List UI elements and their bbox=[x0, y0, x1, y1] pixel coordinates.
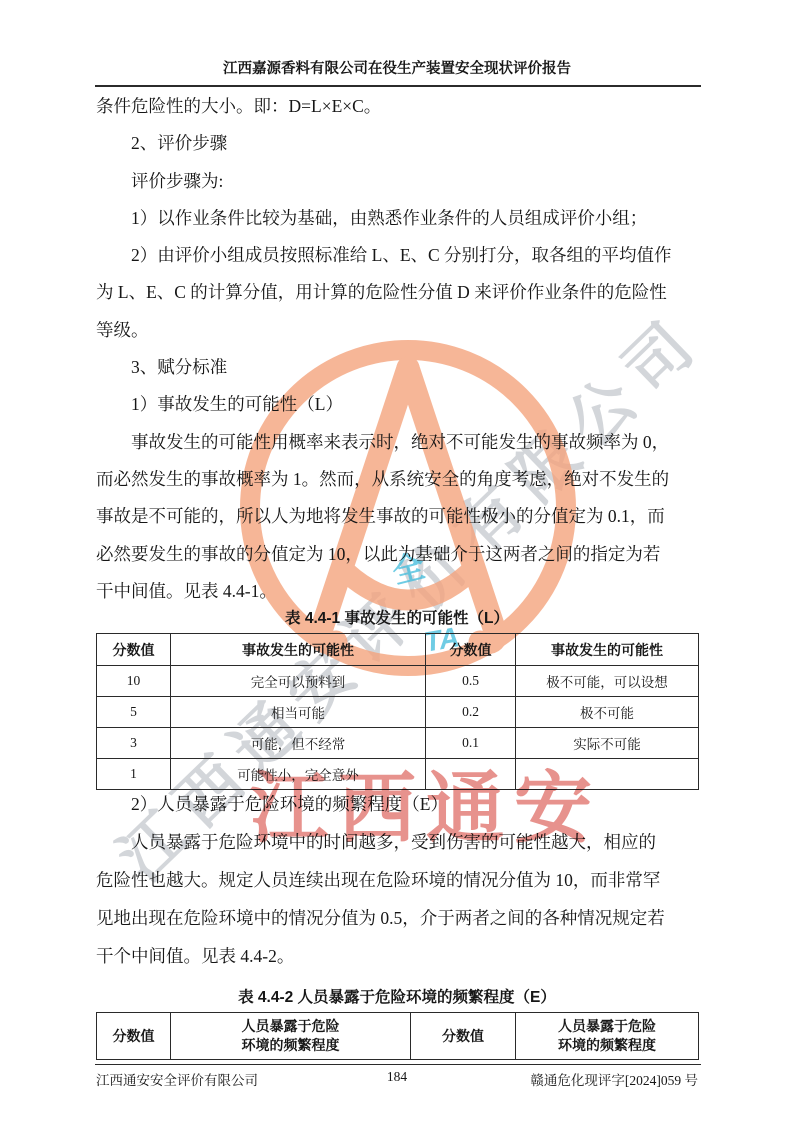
footer-rule bbox=[95, 1064, 701, 1065]
body-text-line: 2）由评价小组成员按照标准给 L、E、C 分别打分，取各组的平均值作 bbox=[96, 237, 702, 274]
page-header-title: 江西嘉源香料有限公司在役生产装置安全现状评价报告 bbox=[0, 57, 794, 78]
table-header-cell: 分数值 bbox=[411, 1013, 516, 1060]
body-text-line: 为 L、E、C 的计算分值，用计算的危险性分值 D 来评价作业条件的危险性 bbox=[96, 274, 702, 311]
table-cell: 相当可能 bbox=[171, 697, 426, 728]
table-cell: 0.2 bbox=[426, 697, 516, 728]
table-header-cell: 人员暴露于危险 环境的频繁程度 bbox=[171, 1013, 411, 1060]
body-text-block-2: 2）人员暴露于危险环境的频繁程度（E）人员暴露于危险环境中的时间越多，受到伤害的… bbox=[96, 785, 702, 975]
body-text-line: 1）事故发生的可能性（L） bbox=[96, 386, 702, 423]
table-cell: 0.5 bbox=[426, 666, 516, 697]
table-cell: 5 bbox=[97, 697, 171, 728]
body-text-block-1: 条件危险性的大小。即：D=L×E×C。2、评价步骤评价步骤为:1）以作业条件比较… bbox=[96, 88, 702, 610]
table-cell: 0.1 bbox=[426, 728, 516, 759]
body-text-line: 人员暴露于危险环境中的时间越多，受到伤害的可能性越大，相应的 bbox=[96, 823, 702, 861]
table-header-cell: 分数值 bbox=[426, 634, 516, 666]
table-header-cell: 事故发生的可能性 bbox=[516, 634, 699, 666]
body-text-line: 等级。 bbox=[96, 312, 702, 349]
table-row: 10完全可以预料到0.5极不可能，可以设想 bbox=[97, 666, 699, 697]
table-row: 5相当可能0.2极不可能 bbox=[97, 697, 699, 728]
table-cell: 实际不可能 bbox=[516, 728, 699, 759]
table1-body: 10完全可以预料到0.5极不可能，可以设想5相当可能0.2极不可能3可能，但不经… bbox=[97, 666, 699, 790]
table-header-cell: 事故发生的可能性 bbox=[171, 634, 426, 666]
header-rule bbox=[95, 85, 701, 87]
body-text-line: 事故是不可能的，所以人为地将发生事故的可能性极小的分值定为 0.1，而 bbox=[96, 498, 702, 535]
table1-header: 分数值事故发生的可能性分数值事故发生的可能性 bbox=[97, 634, 699, 666]
table1-title: 表 4.4-1 事故发生的可能性（L） bbox=[0, 606, 794, 628]
table-cell: 3 bbox=[97, 728, 171, 759]
body-text-line: 条件危险性的大小。即：D=L×E×C。 bbox=[96, 88, 702, 125]
accident-likelihood-table: 分数值事故发生的可能性分数值事故发生的可能性 10完全可以预料到0.5极不可能，… bbox=[96, 633, 699, 790]
body-text-line: 3、赋分标准 bbox=[96, 349, 702, 386]
table2-header: 分数值人员暴露于危险 环境的频繁程度分数值人员暴露于危险 环境的频繁程度 bbox=[97, 1013, 699, 1060]
table-header-cell: 分数值 bbox=[97, 1013, 171, 1060]
body-text-line: 危险性也越大。规定人员连续出现在危险环境的情况分值为 10，而非常罕 bbox=[96, 861, 702, 899]
body-text-line: 2）人员暴露于危险环境的频繁程度（E） bbox=[96, 785, 702, 823]
table-header-cell: 分数值 bbox=[97, 634, 171, 666]
body-text-line: 1）以作业条件比较为基础，由熟悉作业条件的人员组成评价小组； bbox=[96, 200, 702, 237]
body-text-line: 2、评价步骤 bbox=[96, 125, 702, 162]
table-row: 3可能，但不经常0.1实际不可能 bbox=[97, 728, 699, 759]
body-text-line: 事故发生的可能性用概率来表示时，绝对不可能发生的事故频率为 0， bbox=[96, 424, 702, 461]
table-cell: 10 bbox=[97, 666, 171, 697]
body-text-line: 而必然发生的事故概率为 1。然而，从系统安全的角度考虑，绝对不发生的 bbox=[96, 461, 702, 498]
table-header-row: 分数值人员暴露于危险 环境的频繁程度分数值人员暴露于危险 环境的频繁程度 bbox=[97, 1013, 699, 1060]
body-text-line: 干个中间值。见表 4.4-2。 bbox=[96, 937, 702, 975]
table-cell: 极不可能，可以设想 bbox=[516, 666, 699, 697]
table-header-cell: 人员暴露于危险 环境的频繁程度 bbox=[516, 1013, 699, 1060]
report-page: 江西通安评价有限公司 全 TA 江西通安 江西嘉源香料有限公司在役生产装置安全现… bbox=[0, 0, 794, 1123]
body-text-line: 干中间值。见表 4.4-1。 bbox=[96, 573, 702, 610]
table1: 分数值事故发生的可能性分数值事故发生的可能性 10完全可以预料到0.5极不可能，… bbox=[96, 633, 698, 790]
exposure-frequency-table: 分数值人员暴露于危险 环境的频繁程度分数值人员暴露于危险 环境的频繁程度 bbox=[96, 1012, 699, 1060]
body-text-line: 必然要发生的事故的分值定为 10，以此为基础介于这两者之间的指定为若 bbox=[96, 536, 702, 573]
table-cell: 完全可以预料到 bbox=[171, 666, 426, 697]
table2: 分数值人员暴露于危险 环境的频繁程度分数值人员暴露于危险 环境的频繁程度 bbox=[96, 1012, 698, 1060]
table-cell: 可能，但不经常 bbox=[171, 728, 426, 759]
body-text-line: 评价步骤为: bbox=[96, 163, 702, 200]
table-header-row: 分数值事故发生的可能性分数值事故发生的可能性 bbox=[97, 634, 699, 666]
footer-doc-number: 赣通危化现评字[2024]059 号 bbox=[530, 1069, 698, 1089]
table2-title: 表 4.4-2 人员暴露于危险环境的频繁程度（E） bbox=[0, 985, 794, 1007]
body-text-line: 见地出现在危险环境中的情况分值为 0.5，介于两者之间的各种情况规定若 bbox=[96, 899, 702, 937]
table-cell: 极不可能 bbox=[516, 697, 699, 728]
